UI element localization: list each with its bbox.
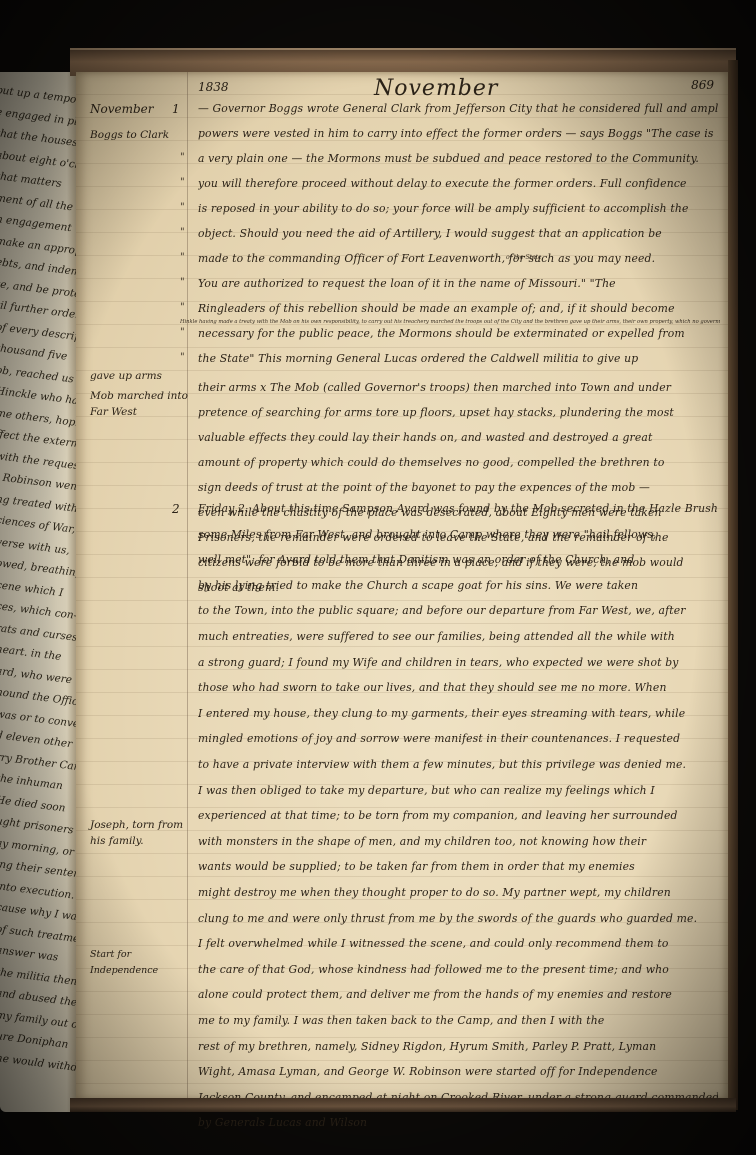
page-month-heading: November [374, 76, 498, 101]
previous-page-line-fragment: of every description [0, 321, 76, 344]
previous-page-line-fragment: te, and be protected [0, 278, 76, 301]
previous-page-line-fragment: ment of all the [0, 192, 76, 215]
interlinear-hinkle-note: Hinkle having made a treaty with the Mob… [180, 319, 720, 325]
previous-page-line-fragment: cause why I was [0, 901, 76, 924]
body-line: those who had sworn to take our lives, a… [198, 681, 718, 695]
previous-page-line-fragment: He died soon [0, 794, 76, 817]
margin-note-gave-up-arms: gave up arms [90, 368, 190, 384]
previous-page-line-fragment: and abused the [0, 987, 76, 1010]
previous-page-line-fragment: my family out of [0, 1009, 76, 1032]
body-line: Friday 2. About this time Sampson Avard … [198, 502, 718, 516]
body-line: necessary for the public peace, the Morm… [198, 327, 718, 341]
body-line: valuable effects they could lay their ha… [198, 431, 718, 445]
ditto-mark: " [180, 227, 185, 238]
previous-page-line-fragment: Hinckle who had [0, 385, 76, 408]
previous-page-sliver: put up a temporarye engaged in placingth… [0, 72, 76, 1112]
previous-page-line-fragment: was or to convene [0, 708, 76, 731]
body-line: amount of property which could do themse… [198, 456, 718, 470]
previous-page-line-fragment: ng treated with [0, 493, 76, 516]
previous-page-line-fragment: ught prisoners [0, 815, 76, 838]
previous-page-line-fragment: answer was [0, 944, 76, 967]
body-line: is reposed in your ability to do so; you… [198, 202, 718, 216]
previous-page-line-fragment: cene which I [0, 579, 76, 602]
previous-page-line-fragment: heart. in the [0, 643, 76, 666]
margin-note-boggs-to-clark: Boggs to Clark [90, 127, 190, 143]
body-line: wants would be supplied; to be taken far… [198, 860, 718, 874]
ditto-mark: " [180, 302, 185, 313]
previous-page-line-fragment: ebts, and indemnify [0, 256, 76, 279]
previous-page-line-fragment: ob, reached us [0, 364, 76, 387]
previous-page-line-fragment: put up a temporary [0, 84, 76, 107]
ditto-mark: " [180, 327, 185, 338]
body-line: by his lying tried to make the Church a … [198, 579, 718, 593]
previous-page-line-fragment: the militia then [0, 966, 76, 989]
body-line: you will therefore proceed without delay… [198, 177, 718, 191]
body-line: by Generals Lucas and Wilson [198, 1116, 718, 1130]
previous-page-line-fragment: that the houses might [0, 127, 76, 150]
body-line: much entreaties, were suffered to see ou… [198, 630, 718, 644]
previous-page-line-fragment: ffect the extermination [0, 428, 76, 451]
ditto-mark: " [180, 202, 185, 213]
body-line: the State" This morning General Lucas or… [198, 352, 718, 366]
body-line: some Miles from Far West, and brought in… [198, 528, 718, 542]
body-line: — Governor Boggs wrote General Clark fro… [198, 102, 718, 116]
body-line: You are authorized to request the loan o… [198, 277, 718, 291]
previous-page-line-fragment: verse with us, [0, 536, 76, 559]
body-line: me to my family. I was then taken back t… [198, 1014, 718, 1028]
body-line: with monsters in the shape of men, and m… [198, 835, 718, 849]
body-line: experienced at that time; to be torn fro… [198, 809, 718, 823]
previous-page-line-fragment: d eleven other [0, 729, 76, 752]
body-line: to have a private interview with them a … [198, 758, 718, 772]
book-right-edge [728, 60, 738, 1110]
previous-page-line-fragment: til further orders [0, 299, 76, 322]
previous-page-line-fragment: nound the Officers [0, 686, 76, 709]
margin-note-start-for-independence: Start for Independence [90, 947, 200, 979]
previous-page-line-fragment: that matters [0, 170, 76, 193]
page-year: 1838 [198, 80, 229, 94]
manuscript-page: 1838 November 869 November 1 Boggs to Cl… [76, 72, 728, 1100]
page-number: 869 [691, 78, 714, 92]
body-line: might destroy me when they thought prope… [198, 886, 718, 900]
body-line: mingled emotions of joy and sorrow were … [198, 732, 718, 746]
previous-page-line-fragment: into execution. [0, 880, 76, 903]
previous-page-line-fragment: the inhuman [0, 772, 76, 795]
body-line: Wight, Amasa Lyman, and George W. Robins… [198, 1065, 718, 1079]
body-line: Ringleaders of this rebellion should be … [198, 302, 718, 316]
margin-month-label: November [90, 102, 154, 116]
previous-page-line-fragment: ure Doniphan [0, 1030, 76, 1053]
body-line: I was then obliged to take my departure,… [198, 784, 718, 798]
body-line: a very plain one — the Mormons must be s… [198, 152, 718, 166]
body-line: clung to me and were only thrust from me… [198, 912, 718, 926]
margin-day-2: 2 [172, 502, 180, 516]
previous-page-line-fragment: ay morning, or [0, 837, 76, 860]
body-line: well met"; for Avard told them that Dani… [198, 553, 718, 567]
body-line: rest of my brethren, namely, Sidney Rigd… [198, 1040, 718, 1054]
previous-page-line-fragment: rry Brother Carey [0, 751, 76, 774]
body-line: pretence of searching for arms tore up f… [198, 406, 718, 420]
margin-note-joseph-torn: Joseph, torn from [90, 817, 190, 833]
body-line: sign deeds of trust at the point of the … [198, 481, 718, 495]
previous-page-line-fragment: ing their sentence [0, 858, 76, 881]
body-line: object. Should you need the aid of Artil… [198, 227, 718, 241]
previous-page-line-fragment: thousand five [0, 342, 76, 365]
body-line: I entered my house, they clung to my gar… [198, 707, 718, 721]
book-bottom-edge [70, 1098, 736, 1112]
previous-page-line-fragment: rats and curses [0, 622, 76, 645]
body-line: the care of that God, whose kindness had… [198, 963, 718, 977]
body-line: a strong guard; I found my Wife and chil… [198, 656, 718, 670]
previous-page-line-fragment: e engaged in placing [0, 106, 76, 129]
margin-note-his-family: his family. [90, 833, 190, 849]
previous-page-line-fragment: . Robinson went [0, 471, 76, 494]
ditto-mark: " [180, 177, 185, 188]
previous-page-line-fragment: about eight o'clock [0, 149, 76, 172]
ditto-mark: " [180, 252, 185, 263]
previous-page-line-fragment: me others, hoping [0, 407, 76, 430]
body-line: I felt overwhelmed while I witnessed the… [198, 937, 718, 951]
ditto-mark: " [180, 352, 185, 363]
previous-page-line-fragment: of such treatment. [0, 923, 76, 946]
previous-page-line-fragment: make an appropriation [0, 235, 76, 258]
body-line: powers were vested in him to carry into … [198, 127, 718, 141]
body-line: to the Town, into the public square; and… [198, 604, 718, 618]
previous-page-line-fragment: he would withdraw [0, 1052, 76, 1075]
margin-day-1: 1 [172, 102, 180, 116]
previous-page-line-fragment: with the request. [0, 450, 76, 473]
ditto-mark: " [180, 277, 185, 288]
body-line: their arms x The Mob (called Governor's … [198, 381, 718, 395]
margin-rule [187, 72, 188, 1100]
margin-note-mob-marched: Mob marched into [90, 388, 190, 404]
margin-note-far-west: Far West [90, 404, 190, 420]
body-line: alone could protect them, and deliver me… [198, 988, 718, 1002]
previous-page-line-fragment: ciences of War, [0, 514, 76, 537]
previous-page-line-fragment: ces, which con- [0, 600, 76, 623]
body-line: made to the commanding Officer of Fort L… [198, 252, 718, 266]
previous-page-line-fragment: owed, breathing [0, 557, 76, 580]
previous-page-line-fragment: ard, who were [0, 665, 76, 688]
previous-page-line-fragment: n engagement [0, 213, 76, 236]
ditto-mark: " [180, 152, 185, 163]
